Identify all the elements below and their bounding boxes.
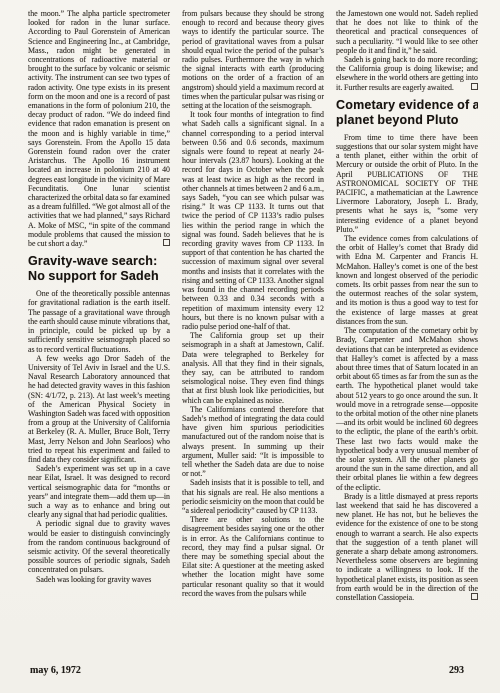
issue-date: may 6, 1972 (30, 665, 81, 676)
paragraph: The evidence comes from calculations of … (336, 234, 478, 326)
paragraph: Sadeh insists that it is possible to tel… (182, 478, 324, 515)
end-of-article-icon (163, 239, 170, 246)
paragraph: The computation of the cometary orbit by… (336, 326, 478, 492)
paragraph: A few weeks ago Dror Sadeh of the Univer… (28, 354, 170, 464)
paragraph: Sadeh was looking for gravity waves (28, 575, 170, 584)
paragraph-continuation: the Jamestown one would not. Sadeh repli… (336, 9, 478, 55)
paragraph: One of the theoretically possible antenn… (28, 289, 170, 353)
paragraph: Sadeh is going back to do more recording… (336, 55, 478, 92)
paragraph: There are other solutions to the disagre… (182, 515, 324, 598)
paragraph: From time to time there have been sugges… (336, 133, 478, 234)
end-of-article-icon (471, 593, 478, 600)
paragraph: The Californians contend therefore that … (182, 405, 324, 479)
heading-line: No support for Sadeh (28, 269, 170, 284)
apollo-article-continuation: the moon.” The alpha particle spectromet… (28, 9, 170, 248)
paragraph-continuation: from pulsars because they should be stro… (182, 9, 324, 110)
cometary-evidence-article-heading: Cometary evidence of a planet beyond Plu… (336, 98, 478, 128)
heading-line: Gravity-wave search: (28, 254, 170, 269)
end-of-article-icon (471, 83, 478, 90)
paragraph: Brady is a little dismayed at press repo… (336, 492, 478, 602)
paragraph-text: Brady is a little dismayed at press repo… (336, 492, 478, 602)
paragraph: It took four months of integration to fi… (182, 110, 324, 331)
column-left: the moon.” The alpha particle spectromet… (28, 9, 170, 661)
gravity-wave-article-heading: Gravity-wave search: No support for Sade… (28, 254, 170, 284)
magazine-page: the moon.” The alpha particle spectromet… (0, 0, 500, 693)
paragraph: A periodic signal due to gravity waves w… (28, 519, 170, 574)
page-footer: may 6, 1972 293 (30, 665, 464, 676)
paragraph: Sadeh’s experiment was set up in a cave … (28, 464, 170, 519)
paragraph-text: the moon.” The alpha particle spectromet… (28, 9, 170, 248)
heading-line: Cometary evidence of a (336, 98, 478, 113)
heading-line: planet beyond Pluto (336, 113, 478, 128)
column-middle: from pulsars because they should be stro… (182, 9, 324, 661)
column-right: the Jamestown one would not. Sadeh repli… (336, 9, 478, 661)
paragraph-text: Sadeh is going back to do more recording… (336, 55, 478, 92)
paragraph: The California group set up their seismo… (182, 331, 324, 405)
page-number: 293 (449, 665, 464, 676)
three-column-layout: the moon.” The alpha particle spectromet… (28, 9, 478, 661)
